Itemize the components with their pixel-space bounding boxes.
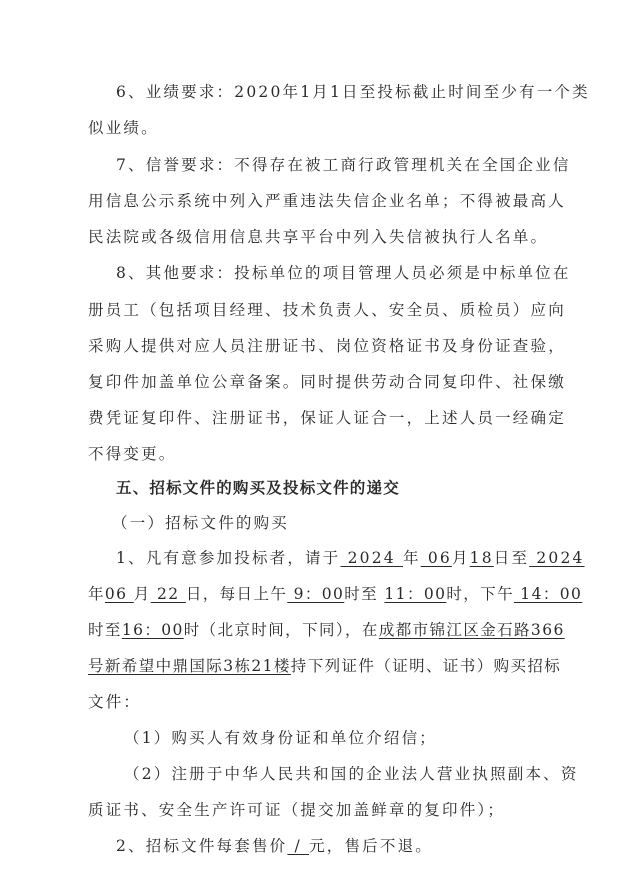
purchase-line1: 1、凡有意参加投标者，请于 2024 年 06月18日至 2024 (116, 548, 568, 568)
item8-line6: 不得变更。 (88, 444, 540, 464)
item7-line3: 民法院或各级信用信息共享平台中列入失信被执行人名单。 (88, 227, 540, 247)
start-month: 06 (421, 549, 452, 567)
end-year-label: 年 (88, 585, 105, 603)
docs-note: 持下列证件（证明、证书）购买招标 (291, 657, 561, 675)
item8-line1: 8、其他要求：投标单位的项目管理人员必须是中标单位在 (116, 263, 568, 283)
daily-label: 日，每日上午 (186, 585, 287, 603)
pm-label: 时，下午 (446, 585, 514, 603)
item8-line4: 复印件加盖单位公章备案。同时提供劳动合同复印件、社保缴 (88, 372, 540, 392)
item8-line3: 采购人提供对应人员注册证书、岗位资格证书及身份证查验， (88, 336, 540, 356)
address-part2: 号新希望中鼎国际3栋21楼 (88, 657, 291, 675)
start-year: 2024 (340, 549, 403, 567)
end-month-label: 月 (134, 585, 151, 603)
requirement-1: （1）购买人有效身份证和单位介绍信； (124, 728, 576, 748)
section-heading: 五、招标文件的购买及投标文件的递交 (116, 478, 568, 498)
end-day: 22 (151, 585, 186, 603)
start-day: 18 (470, 549, 494, 567)
requirement-2-line2: 质证书、安全生产许可证（提交加盖鲜章的复印件）； (88, 800, 540, 820)
am-to-label: 时至 (344, 585, 384, 603)
item8-line2: 册员工（包括项目经理、技术负责人、安全员、质检员）应向 (88, 300, 540, 320)
purchase-line2: 年06 月 22 日，每日上午 9：00时至 11：00时，下午 14：00 (88, 584, 540, 604)
address-part1: 成都市锦江区金石路366 (379, 621, 565, 639)
purchase-line3: 时至16：00时（北京时间，下同），在成都市锦江区金石路366 (88, 620, 540, 640)
item6-line2: 似业绩。 (88, 118, 540, 138)
item6-line1: 6、业绩要求：2020年1月1日至投标截止时间至少有一个类 (116, 82, 568, 102)
item7-line2: 用信息公示系统中列入严重违法失信企业名单；不得被最高人 (88, 191, 540, 211)
purchase-line4: 号新希望中鼎国际3栋21楼持下列证件（证明、证书）购买招标 (88, 656, 540, 676)
purchase-intro: 1、凡有意参加投标者，请于 (116, 549, 340, 567)
month-label: 月 (452, 549, 470, 567)
subsection-heading: （一）招标文件的购买 (112, 513, 564, 533)
am-start-time: 9：00 (287, 585, 344, 603)
end-year: 2024 (529, 549, 584, 567)
end-month: 06 (105, 585, 134, 603)
price-value: / (287, 837, 309, 855)
timezone-note: 时（北京时间，下同），在 (184, 621, 379, 639)
item7-line1: 7、信誉要求：不得存在被工商行政管理机关在全国企业信 (116, 155, 568, 175)
price-label: 2、招标文件每套售价 (116, 837, 287, 855)
pm-end-time: 16：00 (122, 621, 184, 639)
year-label: 年 (403, 549, 421, 567)
requirement-2-line1: （2）注册于中华人民共和国的企业法人营业执照副本、资 (124, 764, 576, 784)
purchase-line5: 文件： (88, 692, 540, 712)
pm-start-time: 14：00 (514, 585, 582, 603)
price-line: 2、招标文件每套售价 / 元，售后不退。 (116, 836, 568, 856)
am-end-time: 11：00 (384, 585, 446, 603)
price-suffix: 元，售后不退。 (309, 837, 433, 855)
pm-to-label: 时至 (88, 621, 122, 639)
day-to-label: 日至 (494, 549, 529, 567)
document-page: 6、业绩要求：2020年1月1日至投标截止时间至少有一个类 似业绩。 7、信誉要… (0, 0, 629, 890)
item8-line5: 费凭证复印件、注册证书，保证人证合一，上述人员一经确定 (88, 408, 540, 428)
